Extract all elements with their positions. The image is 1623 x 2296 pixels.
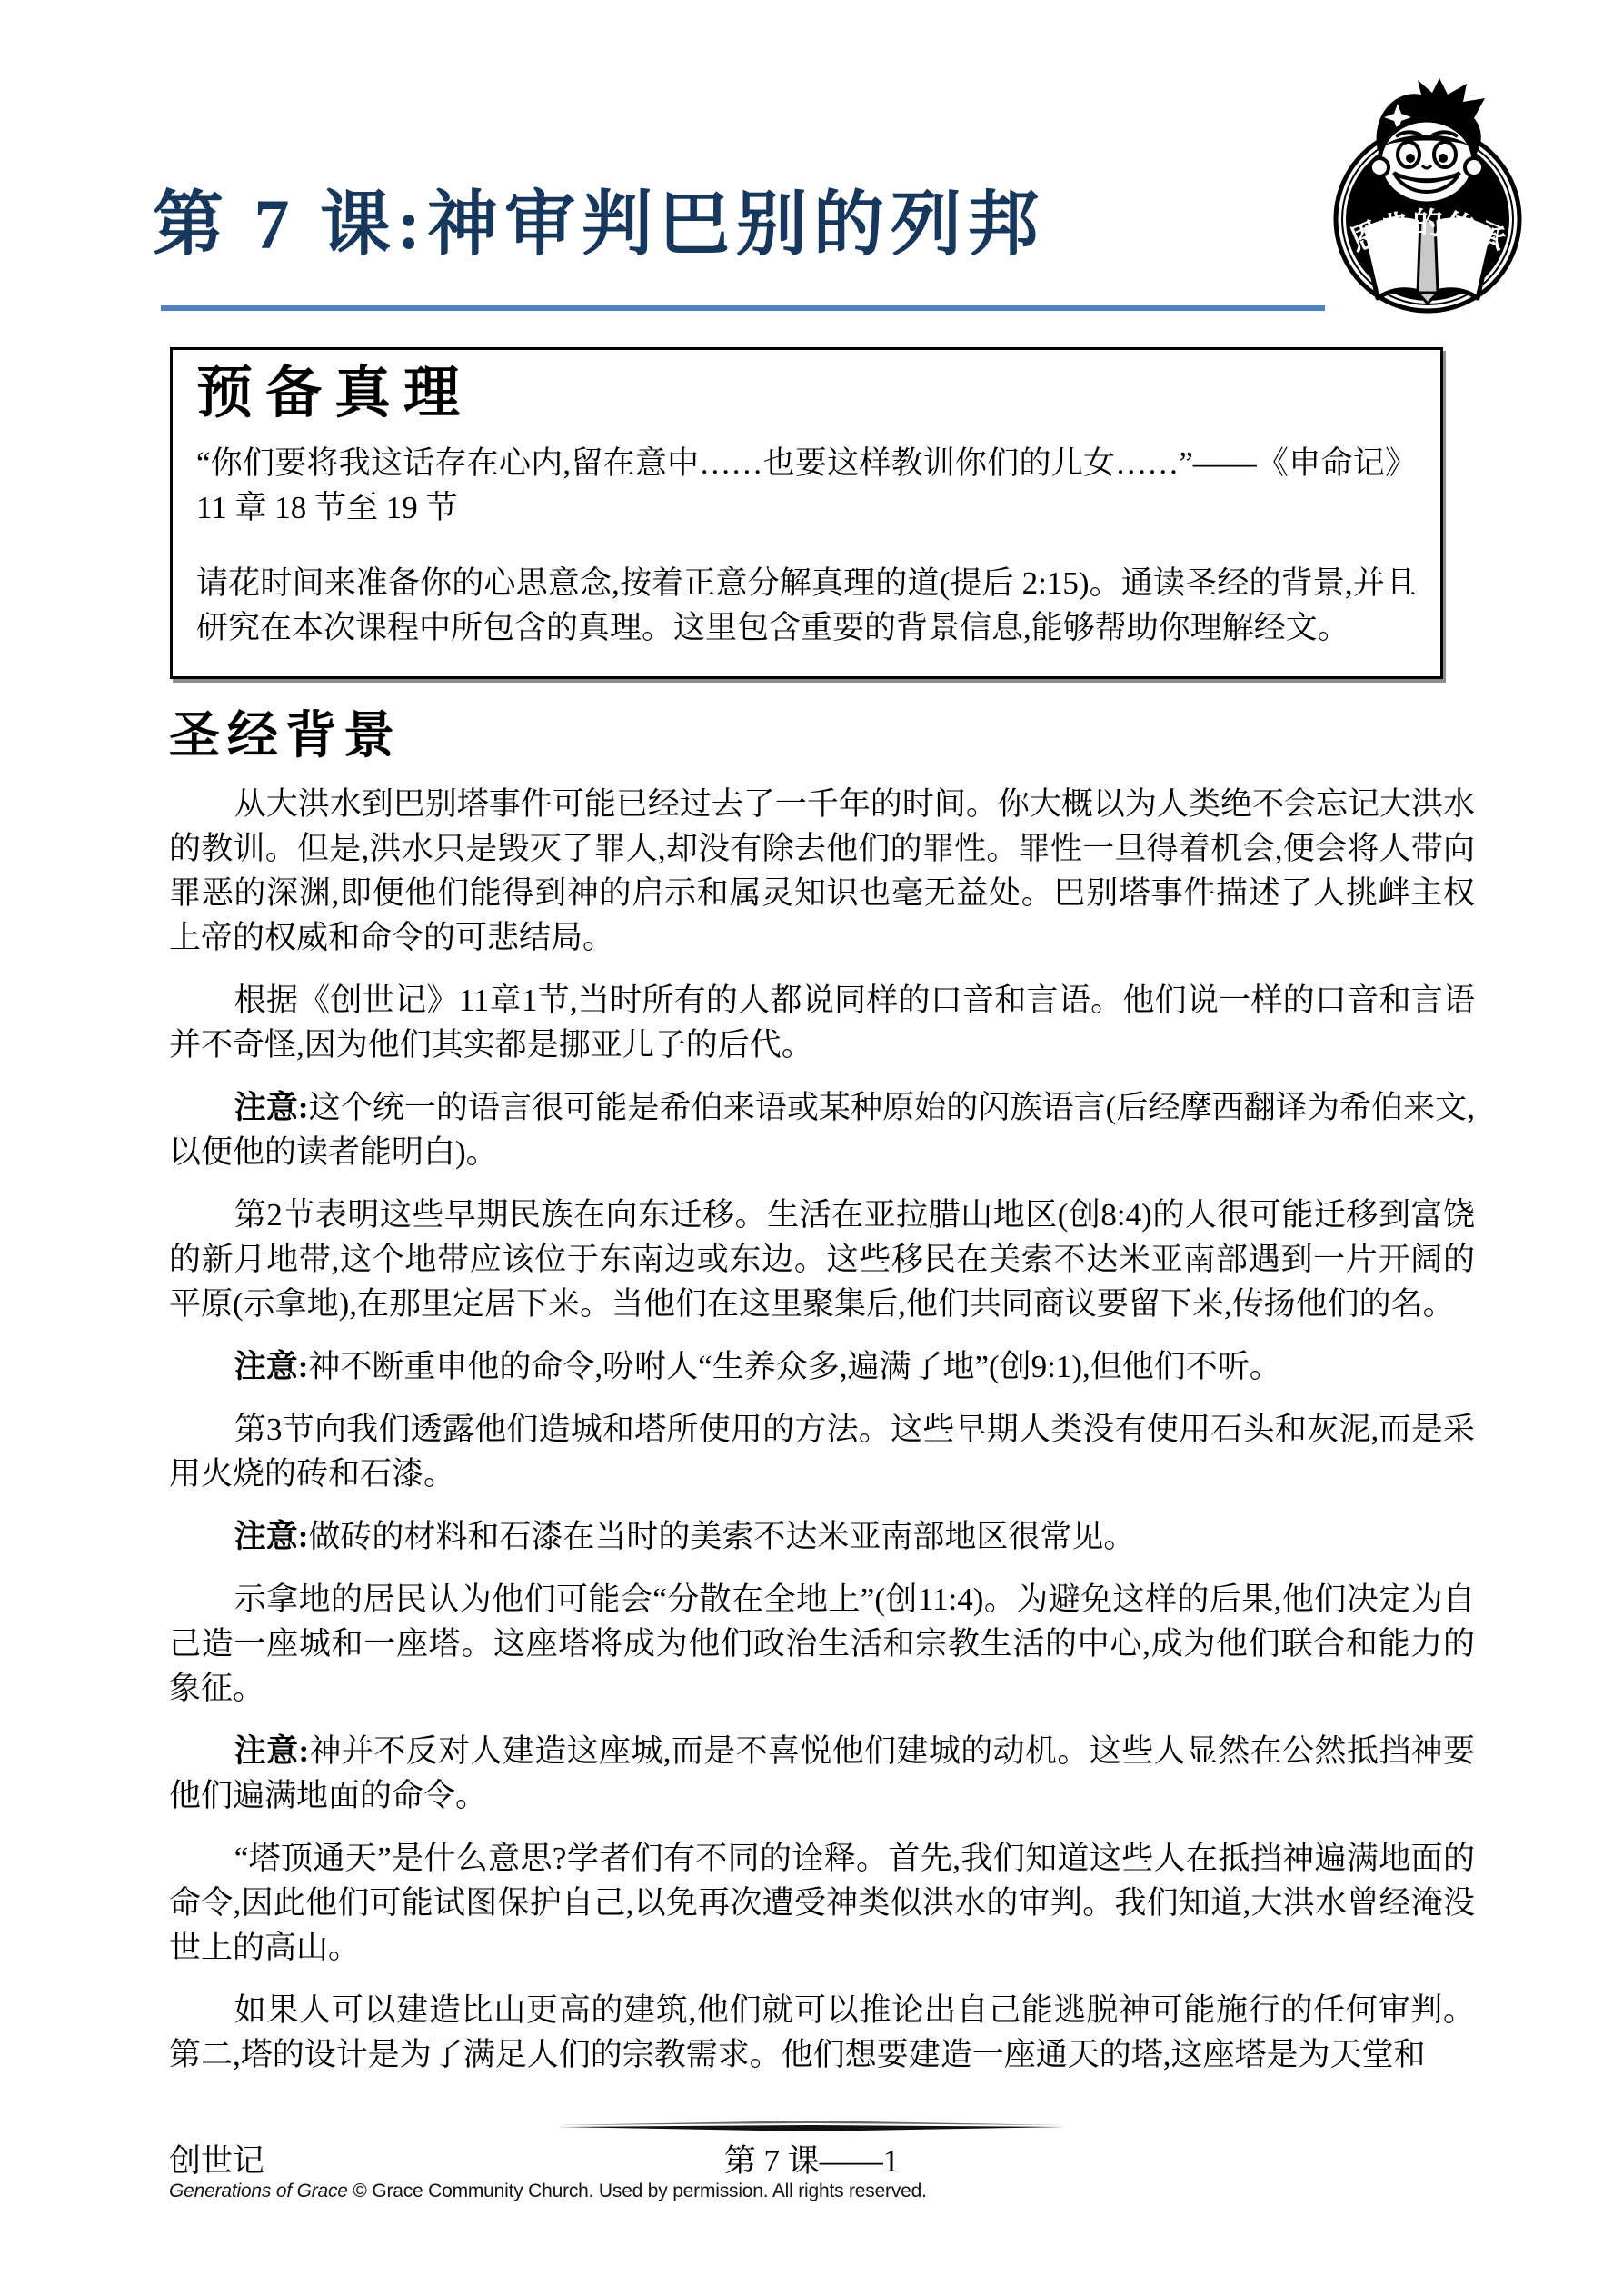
boy-face-icon — [1370, 78, 1485, 204]
copyright-text: © Grace Community Church. Used by permis… — [348, 2181, 927, 2201]
copyright-line: Generations of Grace © Grace Community C… — [169, 2180, 927, 2203]
footer-divider — [557, 2120, 1066, 2134]
note-label: 注意: — [234, 1519, 309, 1554]
footer-page-number: 第 7 课——1 — [0, 2141, 1623, 2181]
prepare-truth-box: 预备真理 “你们要将我这话存在心内,留在意中……也要这样教训你们的儿女……”——… — [170, 347, 1443, 679]
body-paragraph: 从大洪水到巴别塔事件可能已经过去了一千年的时间。你大概以为人类绝不会忘记大洪水的… — [169, 782, 1475, 960]
note-label: 注意: — [234, 1733, 309, 1769]
body-paragraph: 第3节向我们透露他们造城和塔所使用的方法。这些早期人类没有使用石头和灰泥,而是采… — [169, 1407, 1475, 1496]
biblical-background-section: 圣经背景 从大洪水到巴别塔事件可能已经过去了一千年的时间。你大概以为人类绝不会忘… — [169, 705, 1475, 2095]
ministry-logo-icon: 恩典的传承 — [1330, 78, 1525, 318]
truth-box-intro: 请花时间来准备你的心思意念,按着正意分解真理的道(提后 2:15)。通读圣经的背… — [196, 561, 1417, 650]
note-label: 注意: — [234, 1349, 309, 1384]
page-title: 第 7 课:神审判巴别的列邦 — [153, 182, 1045, 267]
title-underline-rule — [161, 305, 1325, 311]
note-paragraph: 注意:这个统一的语言很可能是希伯来语或某种原始的闪族语言(后经摩西翻译为希伯来文… — [169, 1085, 1475, 1174]
document-page: 第 7 课:神审判巴别的列邦 恩典的传承 — [0, 0, 1623, 2296]
body-paragraph: 如果人可以建造比山更高的建筑,他们就可以推论出自己能逃脱神可能施行的任何审判。第… — [169, 1988, 1475, 2077]
note-label: 注意: — [234, 1090, 309, 1125]
copyright-series-name: Generations of Grace — [169, 2181, 348, 2201]
note-paragraph: 注意:做砖的材料和石漆在当时的美索不达米亚南部地区很常见。 — [169, 1514, 1475, 1559]
background-paragraphs: 从大洪水到巴别塔事件可能已经过去了一千年的时间。你大概以为人类绝不会忘记大洪水的… — [169, 782, 1475, 2077]
note-paragraph: 注意:神不断重申他的命令,吩咐人“生养众多,遍满了地”(创9:1),但他们不听。 — [169, 1344, 1475, 1389]
body-paragraph: 第2节表明这些早期民族在向东迁移。生活在亚拉腊山地区(创8:4)的人很可能迁移到… — [169, 1193, 1475, 1326]
scripture-quote: “你们要将我这话存在心内,留在意中……也要这样教训你们的儿女……”——《申命记》… — [196, 441, 1417, 530]
body-paragraph: 根据《创世记》11章1节,当时所有的人都说同样的口音和言语。他们说一样的口音和言… — [169, 978, 1475, 1067]
truth-box-heading: 预备真理 — [196, 357, 1417, 430]
body-paragraph: “塔顶通天”是什么意思?学者们有不同的诠释。首先,我们知道这些人在抵挡神遍满地面… — [169, 1836, 1475, 1970]
body-paragraph: 示拿地的居民认为他们可能会“分散在全地上”(创11:4)。为避免这样的后果,他们… — [169, 1577, 1475, 1711]
section-heading: 圣经背景 — [169, 705, 1475, 767]
note-paragraph: 注意:神并不反对人建造这座城,而是不喜悦他们建城的动机。这些人显然在公然抵挡神要… — [169, 1729, 1475, 1818]
